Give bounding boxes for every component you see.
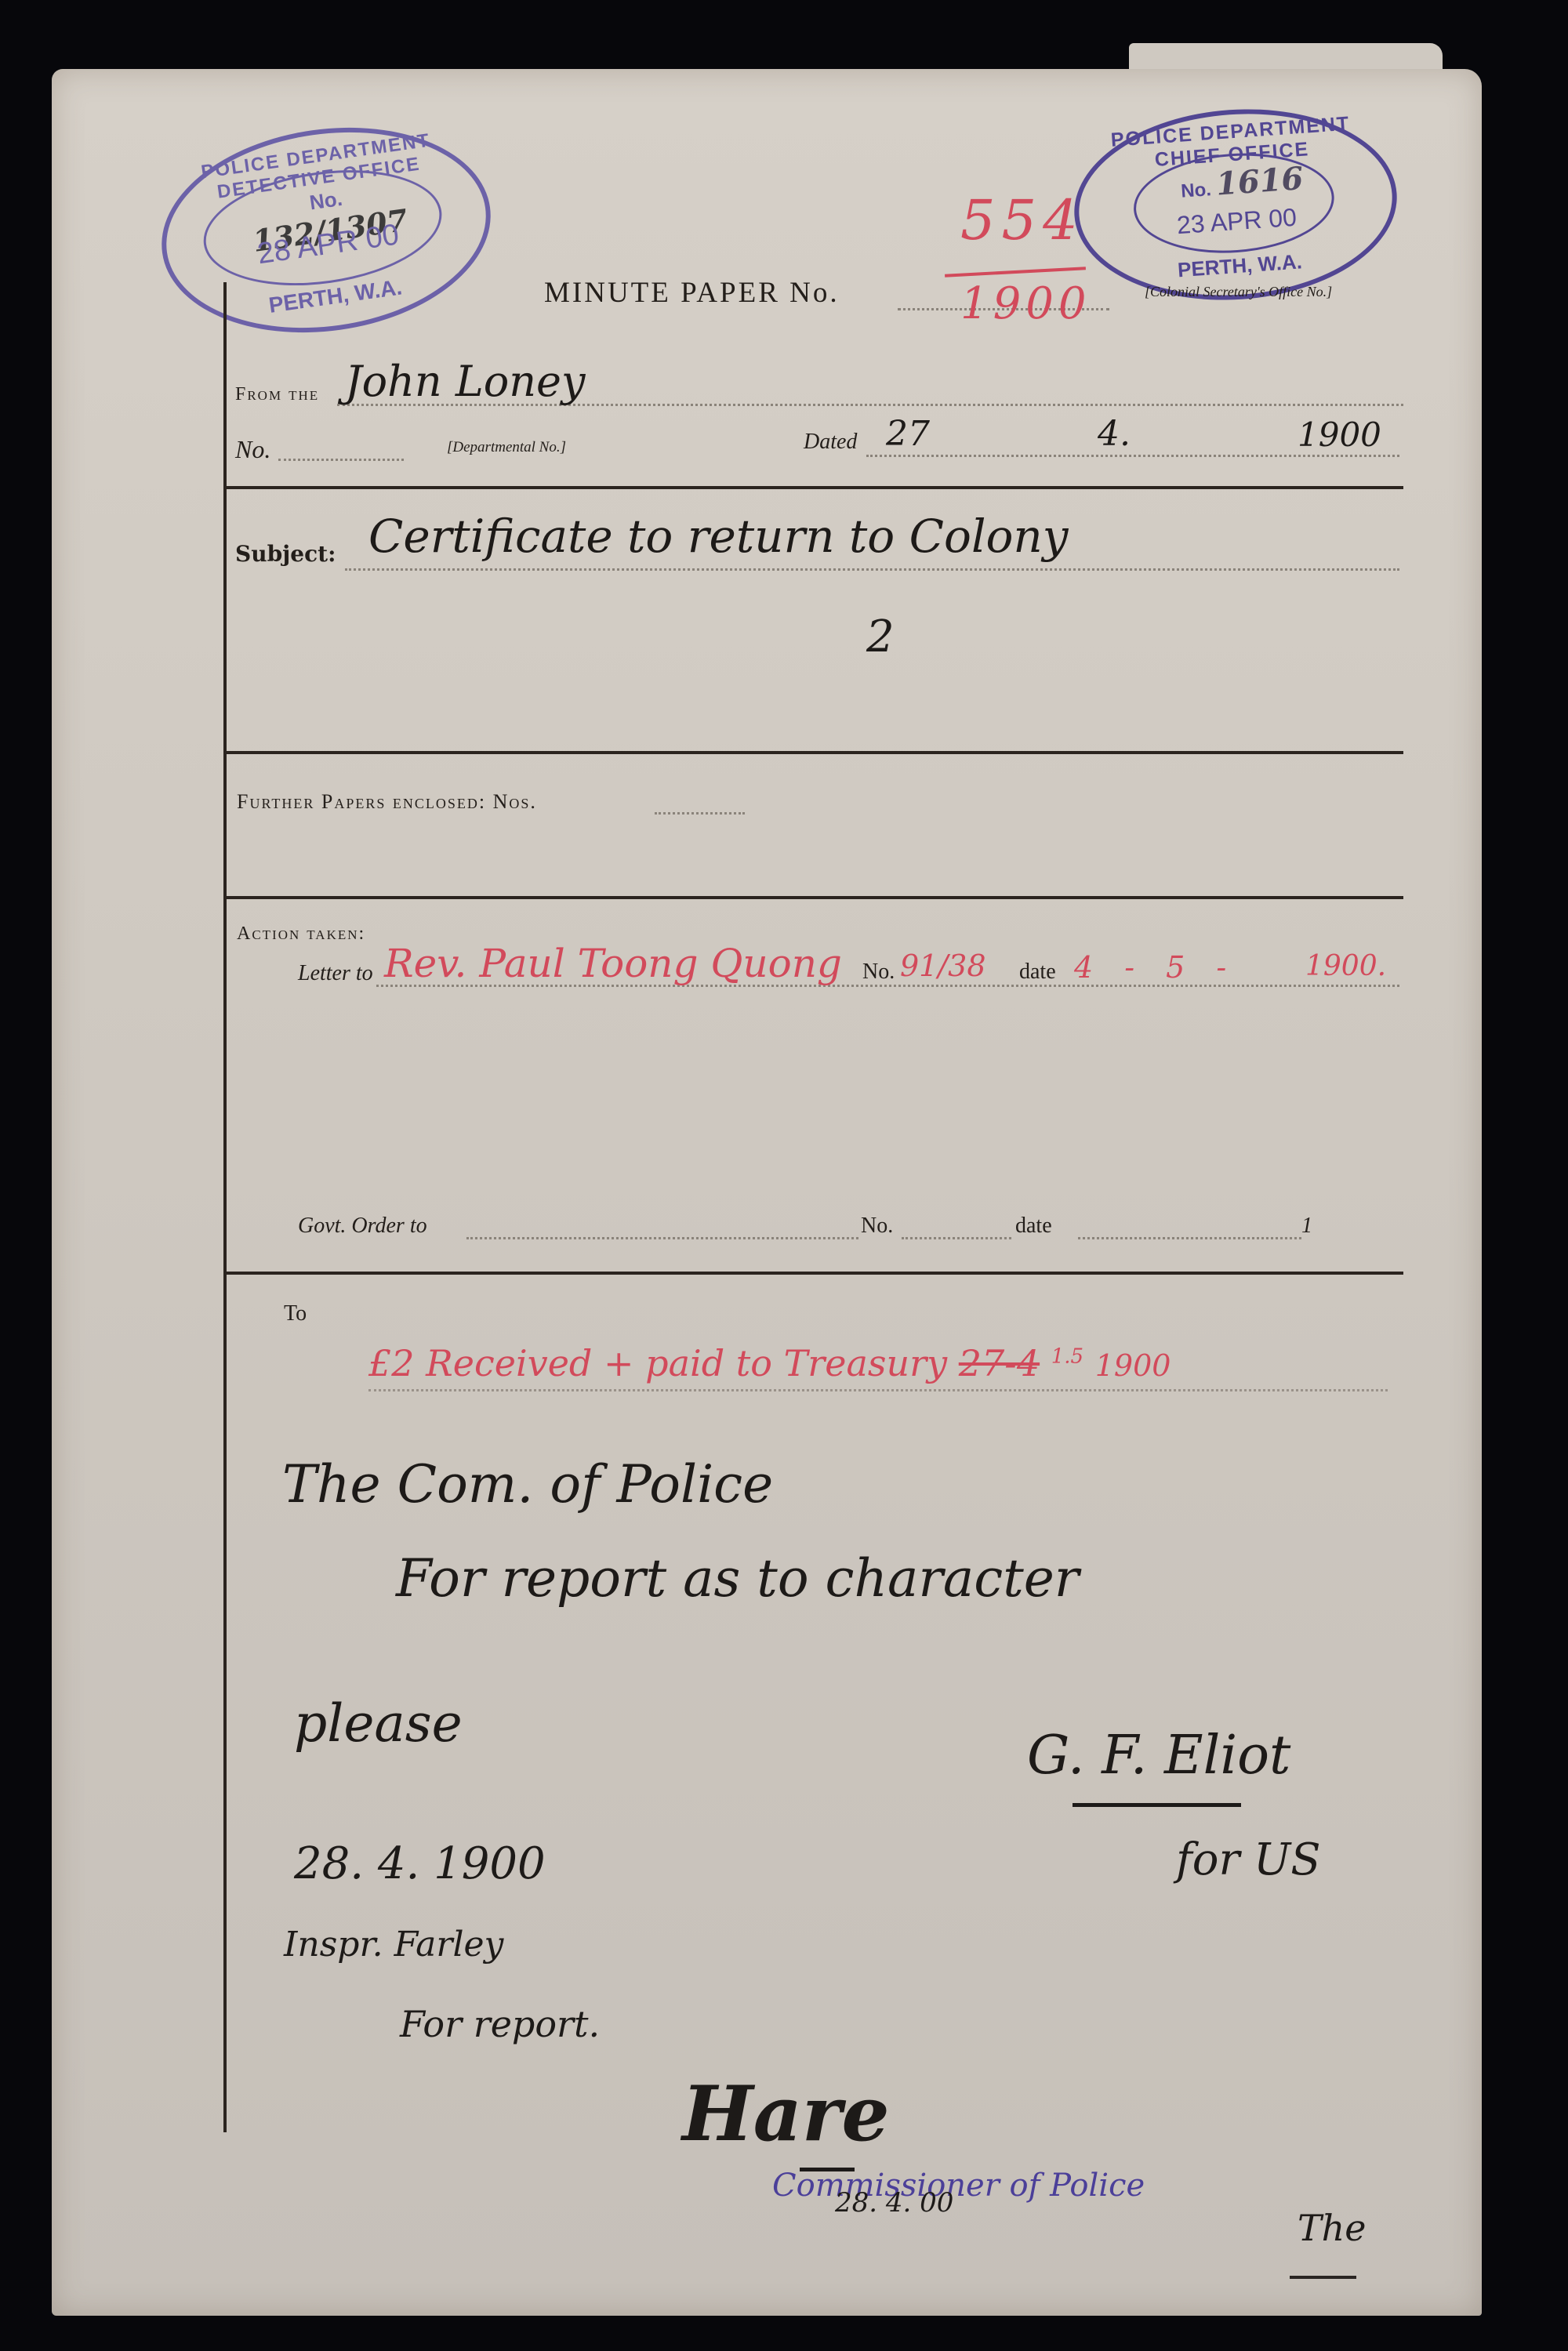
stamp-number-label: No. <box>1180 179 1211 202</box>
rule-below-header <box>223 486 1403 489</box>
initials: The <box>1298 2207 1367 2249</box>
departmental-no-hint: [Departmental No.] <box>447 439 566 456</box>
govt-order-date-line <box>1078 1237 1301 1239</box>
minute-2-signature: Hare <box>682 2070 890 2158</box>
govt-order-year-prefix: 1 <box>1301 1214 1312 1239</box>
govt-order-no-label: No. <box>861 1214 893 1239</box>
dated-label: Dated <box>804 430 857 455</box>
letter-no-value: 91/38 <box>900 949 986 983</box>
dated-month: 4. <box>1098 414 1131 454</box>
dated-year: 1900 <box>1298 415 1381 454</box>
rule-below-further-papers <box>223 896 1403 899</box>
from-value: John Loney <box>345 357 586 406</box>
further-papers-line <box>655 812 745 815</box>
stamp-number: 1616 <box>1214 160 1304 203</box>
letter-date-value: 4 - 5 - <box>1074 950 1237 985</box>
govt-order-no-line <box>902 1237 1011 1239</box>
minute-1-addressee: The Com. of Police <box>282 1454 773 1515</box>
letter-to-value: Rev. Paul Toong Quong <box>384 941 842 986</box>
treasury-note-corrected-date: 1.5 <box>1051 1345 1083 1369</box>
minute-2-date: 28. 4. 00 <box>835 2187 953 2219</box>
from-label: From the <box>235 384 319 405</box>
rule-below-action-taken <box>223 1272 1403 1275</box>
govt-order-date-label: date <box>1015 1214 1052 1239</box>
colonial-office-label: [Colonial Secretary's Office No.] <box>1145 284 1332 300</box>
minute-1-request: For report as to character <box>396 1548 1079 1609</box>
treasury-note-year: 1900 <box>1095 1348 1171 1383</box>
rule-below-subject <box>223 751 1403 754</box>
page-title: MINUTE PAPER No. <box>544 276 840 310</box>
minute-1-signature-underline <box>1073 1803 1241 1807</box>
minute-1-please: please <box>294 1693 463 1754</box>
minute-number: 554 <box>960 188 1084 252</box>
subject-label: Subject: <box>235 541 336 567</box>
to-label: To <box>284 1301 307 1326</box>
minute-2-request: For report. <box>400 2003 600 2045</box>
dated-day: 27 <box>886 414 930 454</box>
stamp-number-label: No. <box>308 187 344 215</box>
letter-no-label: No. <box>862 960 895 985</box>
departmental-no-line <box>278 459 404 461</box>
minute-1-signature: G. F. Eliot <box>1027 1725 1290 1787</box>
action-taken-label: Action taken: <box>237 923 365 945</box>
treasury-note-struck-date: 27-4 <box>959 1342 1040 1384</box>
commissioner-stamp: Commissioner of Police <box>772 2168 1145 2204</box>
stamp-location: PERTH, W.A. <box>1153 248 1327 284</box>
govt-order-label: Govt. Order to <box>298 1214 427 1239</box>
letter-date-label: date <box>1019 960 1056 985</box>
subject-note: 2 <box>866 611 895 662</box>
treasury-note: £2 Received + paid to Treasury 27-4 1.5 … <box>368 1342 1171 1384</box>
minute-2-addressee: Inspr. Farley <box>284 1925 503 1965</box>
initials-underline <box>1290 2276 1356 2279</box>
minute-1-signature-suffix: for US <box>1176 1834 1321 1885</box>
departmental-no-label: No. <box>235 435 270 464</box>
subject-value: Certificate to return to Colony <box>368 510 1069 563</box>
govt-order-line <box>466 1237 858 1239</box>
subject-line <box>345 568 1399 571</box>
left-margin-rule <box>223 282 227 2132</box>
minute-year: 1900 <box>960 278 1091 329</box>
treasury-note-text: £2 Received + paid to Treasury <box>368 1342 947 1384</box>
letter-to-label: Letter to <box>298 961 373 986</box>
further-papers-label: Further Papers enclosed: Nos. <box>237 790 537 814</box>
to-line <box>368 1389 1388 1391</box>
letter-year-value: 1900. <box>1305 950 1386 982</box>
minute-1-date: 28. 4. 1900 <box>294 1838 546 1889</box>
dated-line <box>866 455 1399 457</box>
